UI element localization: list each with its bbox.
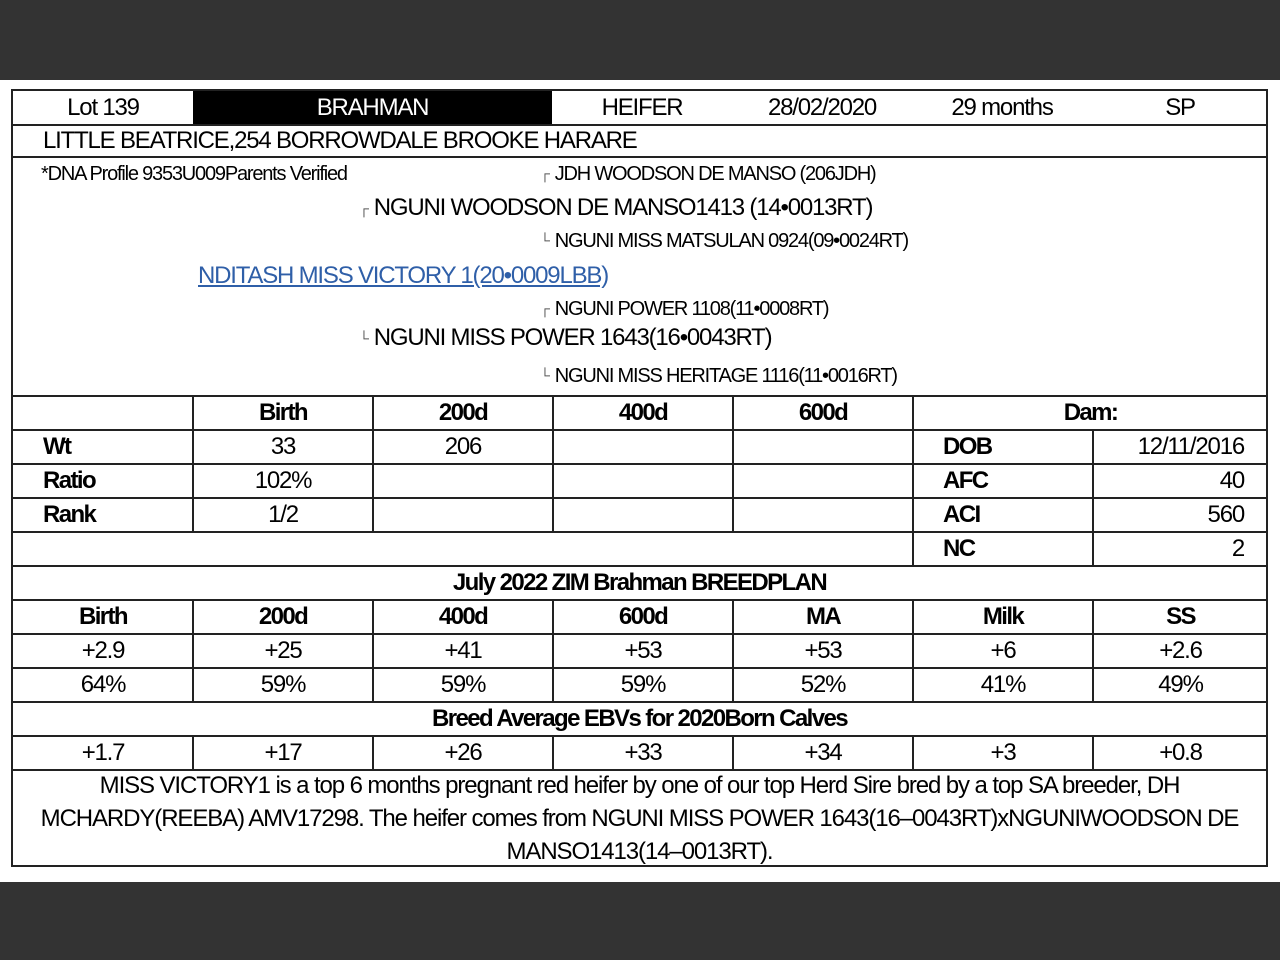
ebv-row: +2.9 +25 +41 +53 +53 +6 +2.6	[13, 635, 1266, 667]
dna-profile: *DNA Profile 9353U009Parents Verified	[41, 163, 347, 186]
breedplan-title: July 2022 ZIM Brahman BREEDPLAN	[13, 567, 1266, 599]
divider	[192, 735, 194, 769]
ebv-value: +53	[553, 635, 733, 667]
breed-average-title-row: Breed Average EBVs for 2020Born Calves	[13, 703, 1266, 735]
bracket-icon: └	[540, 367, 549, 383]
breed-average-row: +1.7 +17 +26 +33 +34 +3 +0.8	[13, 737, 1266, 769]
accuracy-row: 64% 59% 59% 59% 52% 41% 49%	[13, 669, 1266, 701]
divider	[732, 395, 734, 531]
pedigree-sire-dam: └NGUNI MISS MATSULAN 0924(09•0024RT)	[540, 230, 908, 253]
divider	[912, 395, 914, 565]
avg-value: +1.7	[13, 737, 193, 769]
dam-title: Dam:	[913, 397, 1268, 429]
value-cell	[553, 499, 733, 531]
dam-row-nc: NC 2	[13, 533, 1266, 565]
ebv-value: +6	[913, 635, 1093, 667]
perf-col-600d: 600d	[733, 397, 913, 429]
row-label: Rank	[13, 499, 193, 531]
ebv-col-header: Milk	[913, 601, 1093, 633]
bracket-icon: ┌	[540, 165, 549, 181]
ebv-col-header: MA	[733, 601, 913, 633]
divider	[372, 395, 374, 531]
divider	[192, 395, 194, 531]
ebv-col-header: SS	[1093, 601, 1268, 633]
value-cell	[373, 465, 553, 497]
owner-name: LITTLE BEATRICE,254 BORROWDALE BROOKE HA…	[43, 126, 637, 156]
divider	[732, 599, 734, 701]
accuracy-value: 59%	[193, 669, 373, 701]
pedigree-block: *DNA Profile 9353U009Parents Verified ┌J…	[13, 158, 1266, 395]
value-cell: 206	[373, 431, 553, 463]
perf-row-wt: Wt 33 206 DOB 12/11/2016	[13, 431, 1266, 463]
avg-value: +3	[913, 737, 1093, 769]
ebv-value: +2.9	[13, 635, 193, 667]
pedigree-dam: └NGUNI MISS POWER 1643(16•0043RT)	[359, 324, 771, 352]
value-cell	[733, 465, 913, 497]
dam-value: 40	[1093, 465, 1268, 497]
accuracy-value: 52%	[733, 669, 913, 701]
ebv-col-header: Birth	[13, 601, 193, 633]
row-label: Ratio	[13, 465, 193, 497]
accuracy-value: 41%	[913, 669, 1093, 701]
divider	[192, 599, 194, 701]
accuracy-value: 59%	[373, 669, 553, 701]
value-cell: 33	[193, 431, 373, 463]
value-cell: 102%	[193, 465, 373, 497]
pedigree-dam-dam: └NGUNI MISS HERITAGE 1116(11•0016RT)	[540, 365, 897, 388]
performance-header-row: Birth 200d 400d 600d Dam:	[13, 397, 1266, 429]
value-cell	[553, 431, 733, 463]
ebv-value: +25	[193, 635, 373, 667]
value-cell	[553, 465, 733, 497]
breed-label: BRAHMAN	[193, 91, 552, 124]
divider	[552, 395, 554, 531]
value-cell	[733, 431, 913, 463]
divider	[912, 735, 914, 769]
avg-value: +34	[733, 737, 913, 769]
bracket-icon: └	[359, 330, 368, 346]
dam-value: 560	[1093, 499, 1268, 531]
avg-value: +17	[193, 737, 373, 769]
perf-row-rank: Rank 1/2 ACI 560	[13, 499, 1266, 531]
dam-label: NC	[913, 533, 1093, 565]
dam-label: DOB	[913, 431, 1093, 463]
value-cell	[373, 499, 553, 531]
ebv-col-header: 600d	[553, 601, 733, 633]
age-label: 29 months	[912, 91, 1092, 124]
breedplan-title-row: July 2022 ZIM Brahman BREEDPLAN	[13, 567, 1266, 599]
sex-label: HEIFER	[552, 91, 732, 124]
value-cell	[733, 499, 913, 531]
lot-description: MISS VICTORY1 is a top 6 months pregnant…	[13, 769, 1266, 868]
divider	[912, 599, 914, 701]
divider	[1092, 429, 1094, 565]
page: Lot 139 BRAHMAN HEIFER 28/02/2020 29 mon…	[0, 80, 1280, 882]
lot-header-row: Lot 139 BRAHMAN HEIFER 28/02/2020 29 mon…	[13, 91, 1266, 124]
ebv-value: +53	[733, 635, 913, 667]
divider	[552, 599, 554, 701]
ebv-value: +41	[373, 635, 553, 667]
avg-value: +0.8	[1093, 737, 1268, 769]
avg-value: +33	[553, 737, 733, 769]
accuracy-value: 64%	[13, 669, 193, 701]
pedigree-sire-sire: ┌JDH WOODSON DE MANSO (206JDH)	[540, 163, 876, 186]
lot-card: Lot 139 BRAHMAN HEIFER 28/02/2020 29 mon…	[11, 89, 1268, 867]
divider	[552, 735, 554, 769]
avg-value: +26	[373, 737, 553, 769]
pedigree-dam-sire: ┌NGUNI POWER 1108(11•0008RT)	[540, 298, 828, 321]
divider	[1092, 599, 1094, 701]
perf-col-birth: Birth	[193, 397, 373, 429]
dam-value: 2	[1093, 533, 1268, 565]
ebv-value: +2.6	[1093, 635, 1268, 667]
perf-col-200d: 200d	[373, 397, 553, 429]
value-cell: 1/2	[193, 499, 373, 531]
animal-name-link[interactable]: NDITASH MISS VICTORY 1(20•0009LBB)	[198, 262, 608, 289]
dam-label: AFC	[913, 465, 1093, 497]
divider	[372, 599, 374, 701]
divider	[372, 735, 374, 769]
birth-date: 28/02/2020	[732, 91, 912, 124]
lot-number: Lot 139	[13, 91, 193, 124]
divider	[1092, 735, 1094, 769]
dam-value: 12/11/2016	[1093, 431, 1268, 463]
perf-col-400d: 400d	[553, 397, 733, 429]
pedigree-animal[interactable]: NDITASH MISS VICTORY 1(20•0009LBB)	[198, 262, 608, 290]
breedplan-header-row: Birth 200d 400d 600d MA Milk SS	[13, 601, 1266, 633]
ebv-col-header: 400d	[373, 601, 553, 633]
accuracy-value: 49%	[1093, 669, 1268, 701]
divider	[732, 735, 734, 769]
code-label: SP	[1092, 91, 1268, 124]
ebv-col-header: 200d	[193, 601, 373, 633]
row-label: Wt	[13, 431, 193, 463]
bracket-icon: └	[540, 232, 549, 248]
accuracy-value: 59%	[553, 669, 733, 701]
pedigree-sire: ┌NGUNI WOODSON DE MANSO1413 (14•0013RT)	[359, 194, 872, 222]
dam-label: ACI	[913, 499, 1093, 531]
owner-row: LITTLE BEATRICE,254 BORROWDALE BROOKE HA…	[13, 126, 1266, 156]
bracket-icon: ┌	[359, 200, 368, 216]
perf-row-ratio: Ratio 102% AFC 40	[13, 465, 1266, 497]
breed-average-title: Breed Average EBVs for 2020Born Calves	[13, 703, 1266, 735]
bracket-icon: ┌	[540, 300, 549, 316]
